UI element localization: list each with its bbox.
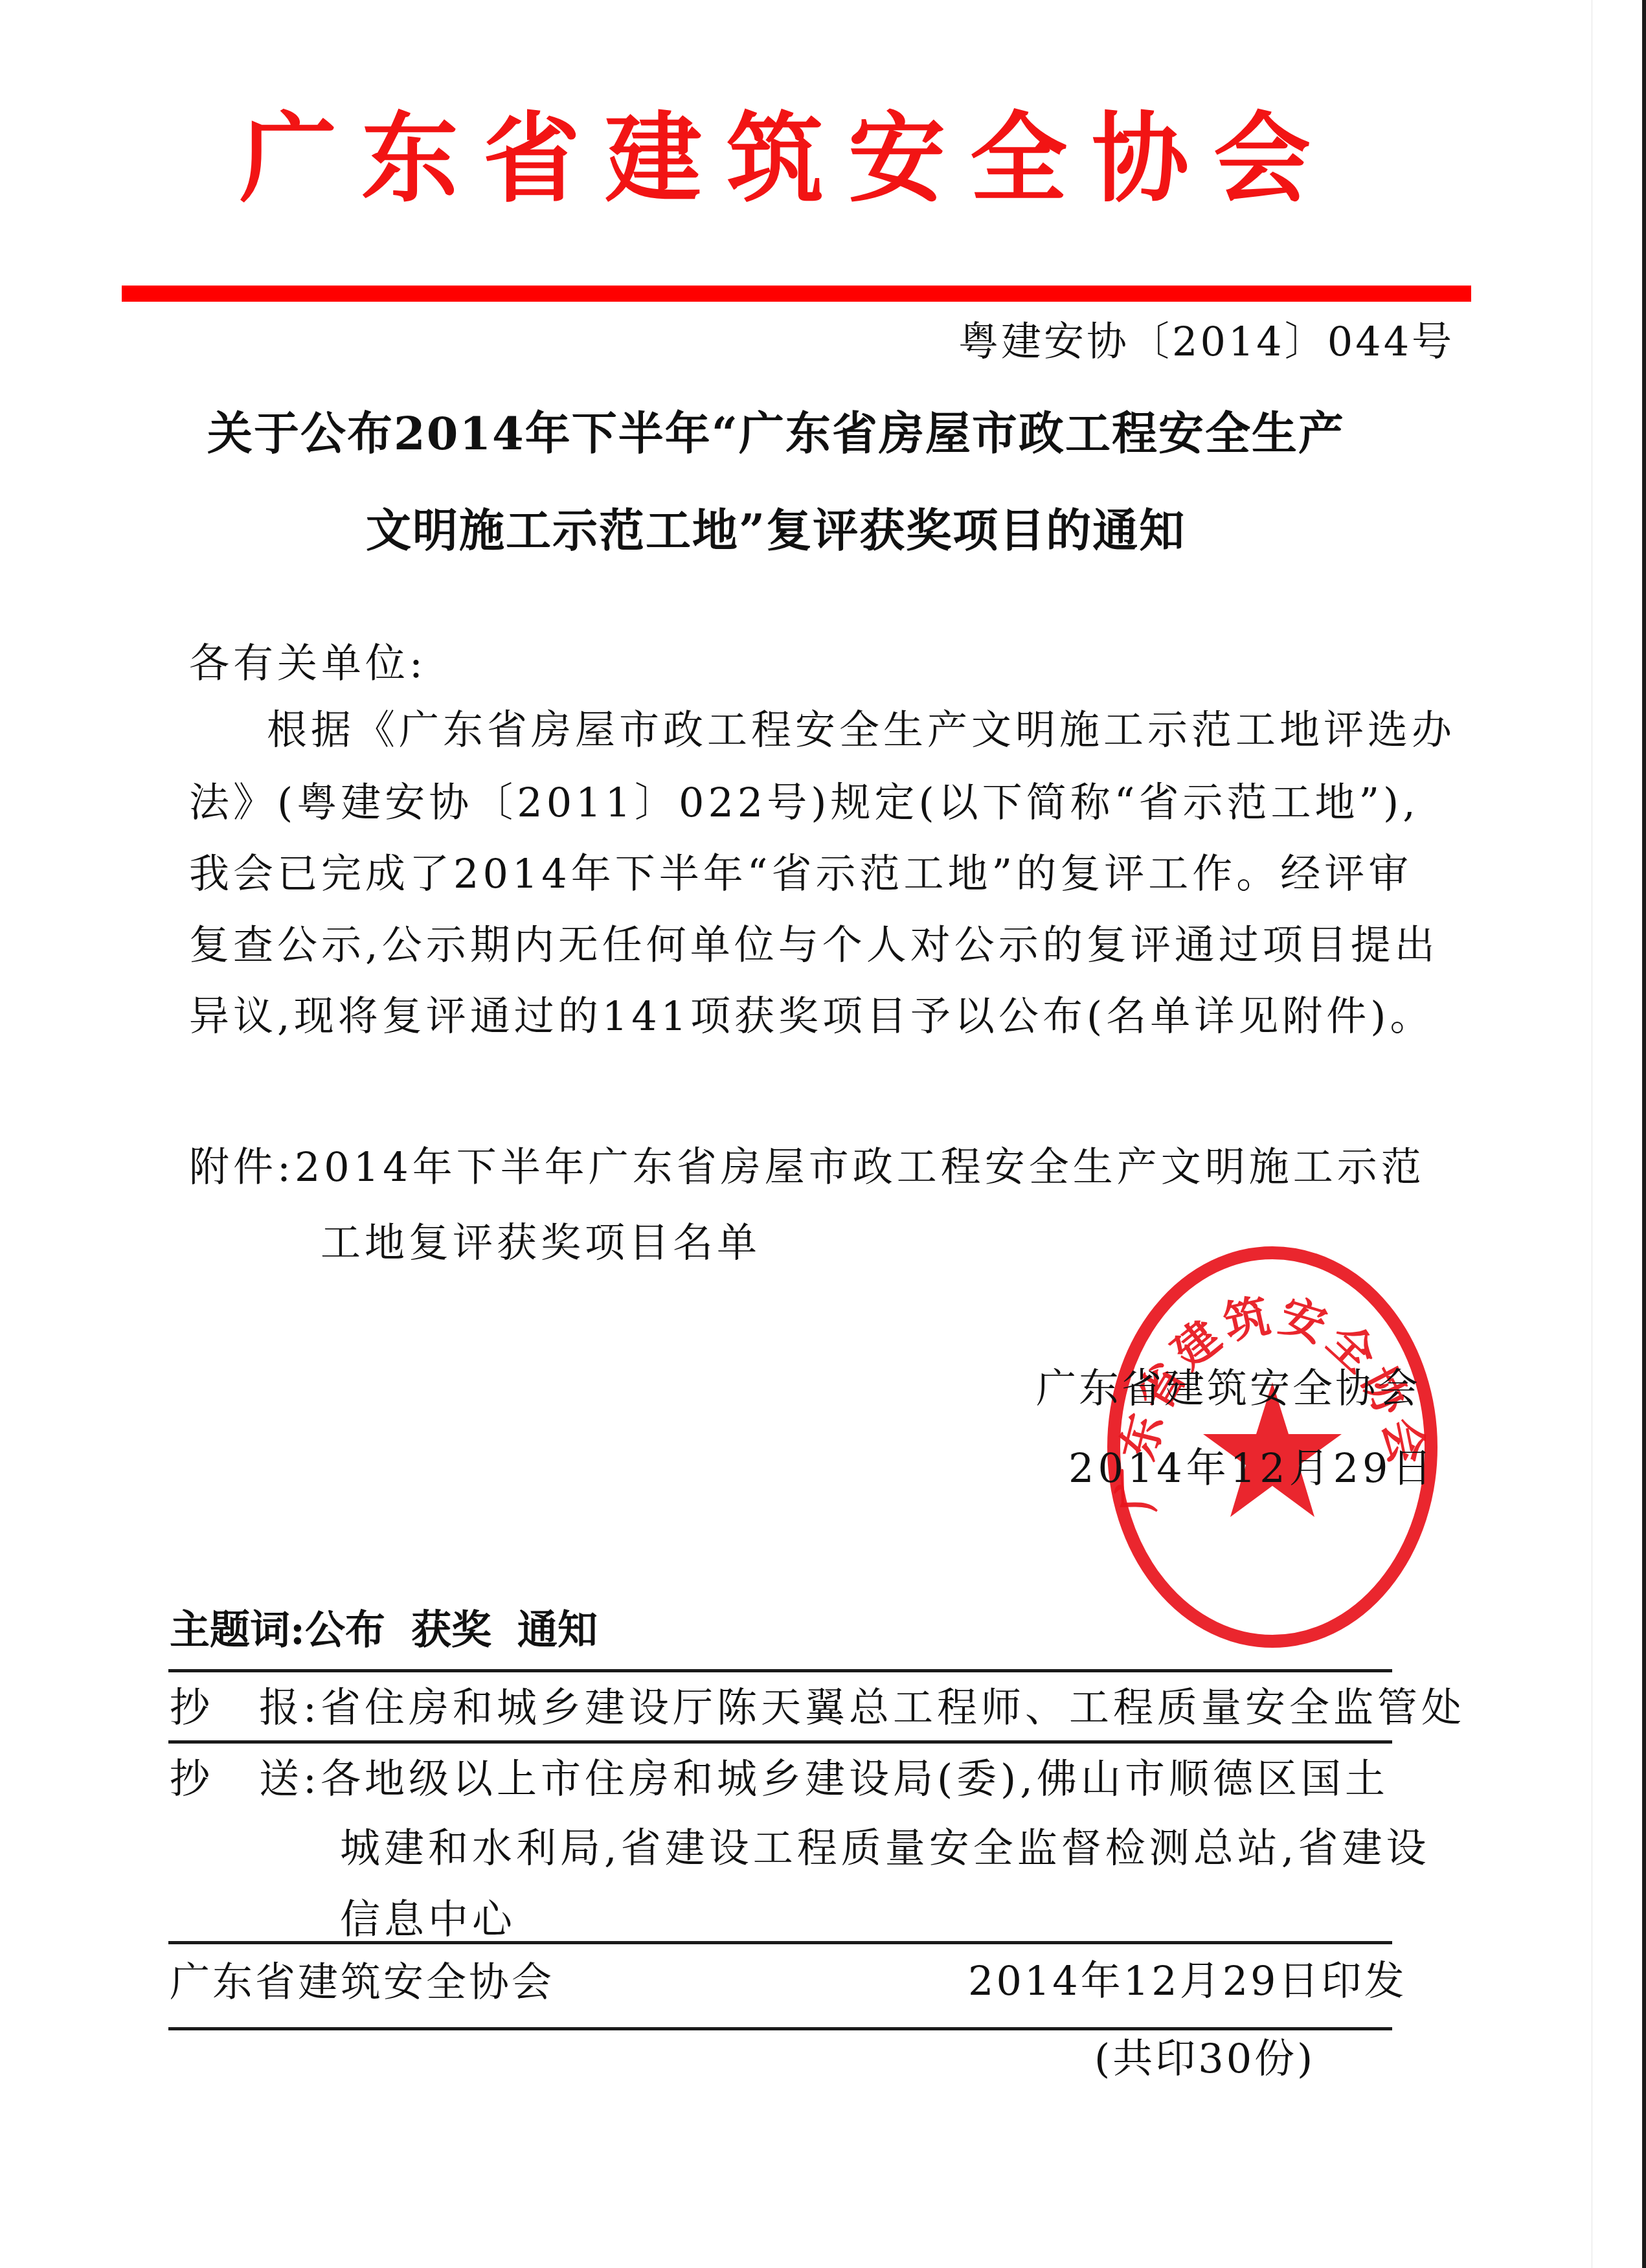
scan-edge-border: [1642, 0, 1646, 2268]
document-title-line-2: 文明施工示范工地”复评获奖项目的通知: [366, 502, 1186, 560]
scan-artifact-line: [1592, 0, 1592, 2268]
paragraph-line: 法》(粤建安协〔2011〕022号)规定(以下简称“省示范工地”),: [189, 777, 1419, 829]
cc-send-recipients-cont: 城建和水利局,省建设工程质量安全监督检测总站,省建设: [340, 1823, 1430, 1874]
cc-send-label: 送:: [259, 1755, 321, 1802]
subject-keywords: 主题词:公布获奖通知: [170, 1604, 598, 1656]
issuing-organization: 广东省建筑安全协会: [170, 1957, 554, 2008]
keyword: 获奖: [411, 1606, 491, 1654]
issue-date: 2014年12月29日印发: [968, 1955, 1407, 2007]
paragraph-line: 我会已完成了2014年下半年“省示范工地”的复评工作。经评审: [189, 848, 1412, 900]
cc-send-row: 抄送:各地级以上市住房和城乡建设局(委),佛山市顺德区国土: [170, 1753, 1389, 1805]
attachment-line-1: 附件:2014年下半年广东省房屋市政工程安全生产文明施工示范: [189, 1141, 1425, 1193]
keyword: 公布: [305, 1606, 385, 1654]
signature-organization: 广东省建筑安全协会: [1036, 1363, 1421, 1415]
document-title-line-1: 关于公布2014年下半年“广东省房屋市政工程安全生产: [207, 405, 1345, 463]
print-copies: (共印30份): [1094, 2033, 1315, 2085]
document-number: 粤建安协〔2014〕044号: [958, 316, 1454, 368]
cc-send-label: 抄: [170, 1755, 214, 1802]
masthead-red-rule: [122, 286, 1471, 302]
footer-rule: [168, 1740, 1392, 1744]
footer-rule: [168, 1941, 1392, 1944]
paragraph-line: 根据《广东省房屋市政工程安全生产文明施工示范工地评选办: [267, 704, 1456, 756]
cc-report-label: 抄: [170, 1684, 214, 1731]
signature-date: 2014年12月29日: [1068, 1443, 1436, 1494]
paragraph-line: 复查公示,公示期内无任何单位与个人对公示的复评通过项目提出: [189, 919, 1439, 971]
salutation: 各有关单位:: [189, 638, 427, 690]
keywords-label: 主题词:: [170, 1606, 305, 1654]
attachment-line-2: 工地复评获奖项目名单: [321, 1217, 761, 1269]
footer-rule: [168, 2027, 1392, 2030]
keyword: 通知: [517, 1606, 598, 1654]
organization-masthead: 广东省建筑安全协会: [240, 104, 1335, 214]
cc-send-recipients-cont: 信息中心: [340, 1894, 516, 1946]
paragraph-line: 异议,现将复评通过的141项获奖项目予以公布(名单详见附件)。: [189, 991, 1434, 1042]
cc-report-label: 报:: [259, 1684, 321, 1731]
footer-rule: [168, 1669, 1392, 1672]
cc-report-recipients: 省住房和城乡建设厅陈天翼总工程师、工程质量安全监管处: [321, 1684, 1465, 1731]
cc-send-recipients: 各地级以上市住房和城乡建设局(委),佛山市顺德区国土: [321, 1755, 1389, 1802]
cc-report-row: 抄报:省住房和城乡建设厅陈天翼总工程师、工程质量安全监管处: [170, 1682, 1465, 1734]
